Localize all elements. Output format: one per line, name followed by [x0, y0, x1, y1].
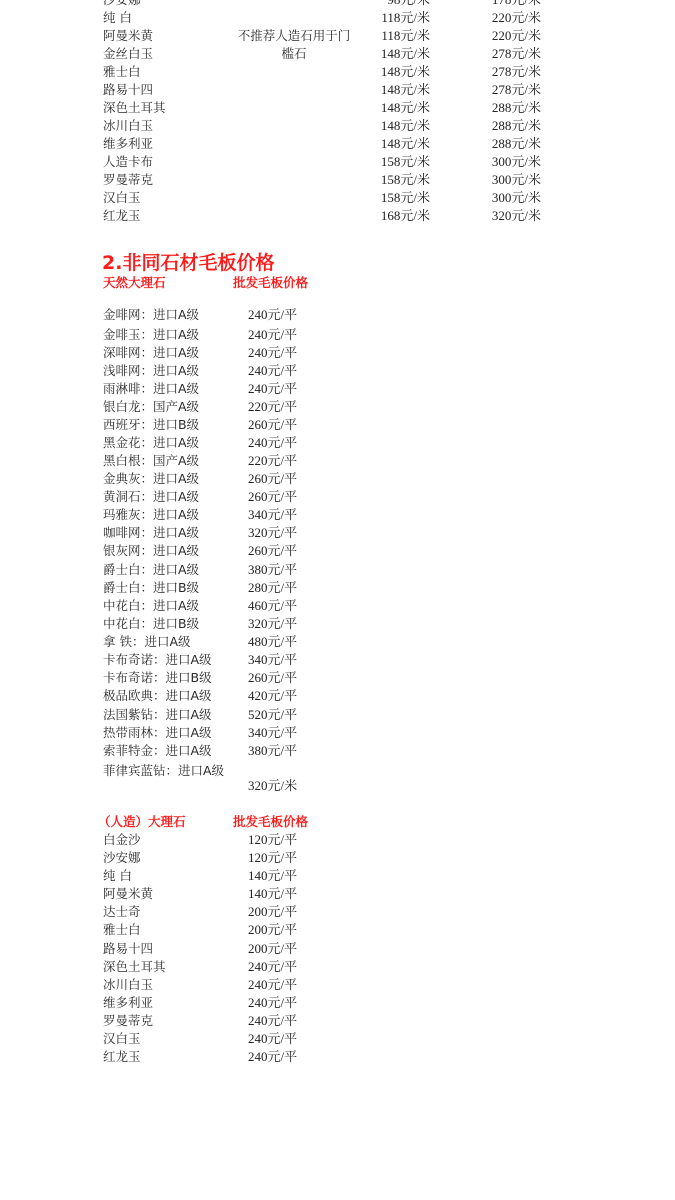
stone-price: 240元/平 — [248, 434, 297, 452]
stone-price: 340元/平 — [248, 724, 297, 742]
price-2: 288元/米 — [489, 135, 541, 153]
stone-price: 520元/平 — [248, 706, 297, 724]
artificial-stone-note: 不推荐人造石用于门槛石 — [232, 27, 356, 63]
stone-name: 深啡网：进口A级 — [103, 344, 199, 362]
price-1: 158元/米 — [378, 189, 430, 207]
stone-name: 维多利亚 — [103, 994, 153, 1012]
stone-name: 玛雅灰：进口A级 — [103, 506, 199, 524]
stone-name: 雨淋啡：进口A级 — [103, 380, 199, 398]
stone-name: 深色土耳其 — [103, 99, 166, 117]
wholesale-price-header: 批发毛板价格 — [233, 813, 308, 831]
stone-name: 黄洞石：进口A级 — [103, 488, 199, 506]
price-1: 148元/米 — [378, 99, 430, 117]
stone-price: 420元/平 — [248, 687, 297, 705]
stone-name: 爵士白：进口A级 — [103, 561, 199, 579]
stone-name: 卡布奇诺：进口B级 — [103, 669, 212, 687]
price-2: 288元/米 — [489, 99, 541, 117]
stone-name: 红龙玉 — [103, 1048, 141, 1066]
stone-price: 240元/平 — [248, 326, 297, 344]
stone-name: 拿 铁：进口A级 — [103, 633, 191, 651]
price-2: 220元/米 — [489, 9, 541, 27]
stone-name: 阿曼米黄 — [103, 27, 153, 45]
stone-name: 深色土耳其 — [103, 958, 166, 976]
stone-name: 极品欧典：进口A级 — [103, 687, 212, 705]
stone-name: 菲律宾蓝钻：进口A级 — [103, 762, 228, 780]
stone-price: 460元/平 — [248, 597, 297, 615]
stone-name: 中花白：进口B级 — [103, 615, 199, 633]
stone-name: 汉白玉 — [103, 189, 141, 207]
stone-name: 金啡网：进口A级 — [103, 306, 199, 324]
stone-price: 280元/平 — [248, 579, 297, 597]
price-2: 278元/米 — [489, 63, 541, 81]
stone-name: 黑金花：进口A级 — [103, 434, 199, 452]
stone-price: 240元/平 — [248, 344, 297, 362]
stone-price: 220元/平 — [248, 452, 297, 470]
stone-price: 120元/平 — [248, 849, 297, 867]
stone-name: 纯 白 — [103, 9, 132, 27]
stone-price: 200元/平 — [248, 940, 297, 958]
stone-price: 140元/平 — [248, 867, 297, 885]
stone-name: 阿曼米黄 — [103, 885, 153, 903]
stone-price: 260元/平 — [248, 416, 297, 434]
stone-price: 240元/平 — [248, 976, 297, 994]
stone-price: 240元/平 — [248, 1030, 297, 1048]
stone-price: 240元/平 — [248, 1048, 297, 1066]
price-1: 168元/米 — [378, 207, 430, 225]
stone-name: 罗曼蒂克 — [103, 171, 153, 189]
stone-price: 200元/平 — [248, 903, 297, 921]
stone-name: 中花白：进口A级 — [103, 597, 199, 615]
stone-name: 爵士白：进口B级 — [103, 579, 199, 597]
artificial-marble-header: （人造）大理石 — [98, 813, 186, 831]
wholesale-price-header: 批发毛板价格 — [233, 274, 308, 292]
price-1: 118元/米 — [378, 27, 430, 45]
stone-name: 咖啡网：进口A级 — [103, 524, 199, 542]
stone-price: 120元/平 — [248, 831, 297, 849]
stone-price: 260元/平 — [248, 470, 297, 488]
section-title: 2.非同石材毛板价格 — [102, 252, 274, 274]
stone-price: 240元/平 — [248, 994, 297, 1012]
natural-marble-header: 天然大理石 — [103, 274, 166, 292]
stone-price: 320元/平 — [248, 524, 297, 542]
stone-price: 200元/平 — [248, 921, 297, 939]
price-2: 300元/米 — [489, 153, 541, 171]
price-1: 158元/米 — [378, 171, 430, 189]
price-1: 148元/米 — [378, 135, 430, 153]
stone-name: 维多利亚 — [103, 135, 153, 153]
stone-name: 卡布奇诺：进口A级 — [103, 651, 212, 669]
stone-name: 雅士白 — [103, 921, 141, 939]
stone-name: 雅士白 — [103, 63, 141, 81]
stone-price: 240元/平 — [248, 958, 297, 976]
price-1: 148元/米 — [378, 117, 430, 135]
price-2: 220元/米 — [489, 27, 541, 45]
stone-price: 140元/平 — [248, 885, 297, 903]
stone-name: 浅啡网：进口A级 — [103, 362, 199, 380]
stone-name: 白金沙 — [103, 831, 141, 849]
stone-name: 冰川白玉 — [103, 117, 153, 135]
stone-name: 西班牙：进口B级 — [103, 416, 199, 434]
stone-name: 沙安娜 — [103, 0, 141, 9]
stone-name: 热带雨林：进口A级 — [103, 724, 212, 742]
stone-name: 金典灰：进口A级 — [103, 470, 199, 488]
stone-name: 金啡玉：进口A级 — [103, 326, 199, 344]
stone-name: 银白龙：国产A级 — [103, 398, 199, 416]
stone-price: 380元/平 — [248, 561, 297, 579]
stone-name: 路易十四 — [103, 81, 153, 99]
stone-price: 240元/平 — [248, 1012, 297, 1030]
stone-name: 路易十四 — [103, 940, 153, 958]
price-document: 不推荐人造石用于门槛石 沙安娜 98元/米 178元/米 纯 白 118元/米 … — [0, 0, 675, 1200]
price-2: 288元/米 — [489, 117, 541, 135]
stone-name: 红龙玉 — [103, 207, 141, 225]
price-2: 300元/米 — [489, 189, 541, 207]
stone-price: 480元/平 — [248, 633, 297, 651]
stone-name: 罗曼蒂克 — [103, 1012, 153, 1030]
stone-price: 240元/平 — [248, 380, 297, 398]
stone-price: 380元/平 — [248, 742, 297, 760]
stone-name: 金丝白玉 — [103, 45, 153, 63]
price-2: 320元/米 — [489, 207, 541, 225]
price-1: 148元/米 — [378, 81, 430, 99]
price-1: 118元/米 — [378, 9, 430, 27]
price-1: 98元/米 — [378, 0, 430, 9]
stone-name: 纯 白 — [103, 867, 132, 885]
price-2: 178元/米 — [489, 0, 541, 9]
stone-name: 索菲特金：进口A级 — [103, 742, 212, 760]
stone-price: 220元/平 — [248, 398, 297, 416]
price-2: 278元/米 — [489, 81, 541, 99]
stone-price: 340元/平 — [248, 506, 297, 524]
stone-name: 人造卡布 — [103, 153, 153, 171]
stone-price: 240元/平 — [248, 362, 297, 380]
stone-price: 260元/平 — [248, 669, 297, 687]
price-1: 148元/米 — [378, 45, 430, 63]
stone-name: 黑白根：国产A级 — [103, 452, 199, 470]
stone-price: 320元/米 — [248, 777, 297, 795]
stone-price: 260元/平 — [248, 488, 297, 506]
stone-price: 260元/平 — [248, 542, 297, 560]
price-2: 278元/米 — [489, 45, 541, 63]
stone-name: 沙安娜 — [103, 849, 141, 867]
stone-price: 340元/平 — [248, 651, 297, 669]
stone-name: 达士奇 — [103, 903, 141, 921]
price-1: 148元/米 — [378, 63, 430, 81]
stone-name: 银灰网：进口A级 — [103, 542, 199, 560]
stone-name: 汉白玉 — [103, 1030, 141, 1048]
price-1: 158元/米 — [378, 153, 430, 171]
stone-price: 320元/平 — [248, 615, 297, 633]
price-2: 300元/米 — [489, 171, 541, 189]
stone-name: 法国紫钻：进口A级 — [103, 706, 212, 724]
stone-name: 冰川白玉 — [103, 976, 153, 994]
stone-price: 240元/平 — [248, 306, 297, 324]
